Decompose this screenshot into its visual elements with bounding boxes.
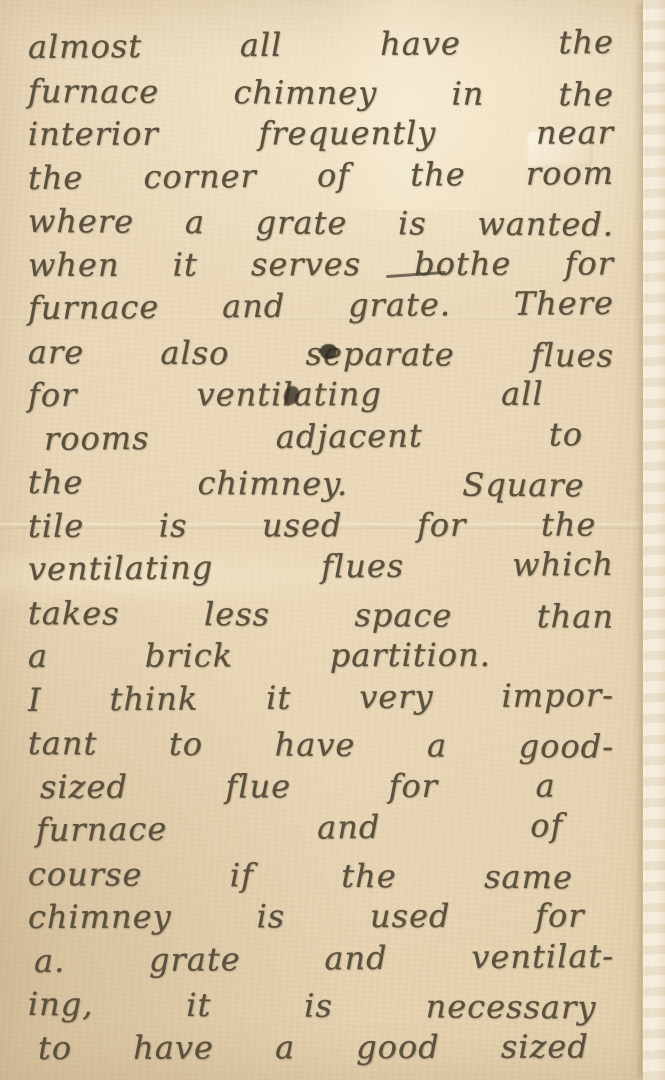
handwriting-line: the corner of the room xyxy=(28,151,614,200)
handwriting-line: for ventilating all xyxy=(28,373,544,418)
handwriting-line: when it serves bothe for xyxy=(28,242,614,287)
handwriting-line: sized flue for a xyxy=(28,764,556,809)
paper-deckled-edge xyxy=(642,0,665,1080)
handwriting-line: ing, it is necessary xyxy=(28,983,597,1030)
handwriting-line: the chimney. Square xyxy=(28,461,585,508)
handwriting-line: furnace and grate. There xyxy=(28,282,614,331)
handwriting-line: furnace chimney in the xyxy=(28,70,614,117)
handwriting-line: interior frequently near xyxy=(28,111,614,156)
handwriting-line: course if the same xyxy=(28,853,573,900)
handwriting-line: furnace and of xyxy=(28,804,564,852)
handwriting-line: rooms adjacent to xyxy=(28,413,583,461)
handwriting-line: are also separate flues xyxy=(28,331,614,378)
handwriting-line: tant to have a good- xyxy=(28,722,614,769)
handwriting-line: a. grate and ventilat- xyxy=(28,934,614,983)
handwriting-line: takes less space than xyxy=(28,592,614,639)
handwriting-line: where a grate is wanted. xyxy=(28,200,614,247)
handwriting-line: to have a good sized xyxy=(28,1025,589,1070)
handwriting-line: I think it very impor- xyxy=(28,673,614,722)
letter-page: almost all have the furnace chimney in t… xyxy=(0,0,665,1080)
handwriting-line: a brick partition. xyxy=(28,634,491,679)
handwriting-block: almost all have the furnace chimney in t… xyxy=(28,26,614,1070)
handwriting-line: ventilating flues which xyxy=(28,543,614,592)
handwriting-line: chimney is used for xyxy=(28,895,585,940)
handwriting-line: tile is used for the xyxy=(28,503,597,548)
handwriting-line: almost all have the xyxy=(28,21,614,70)
